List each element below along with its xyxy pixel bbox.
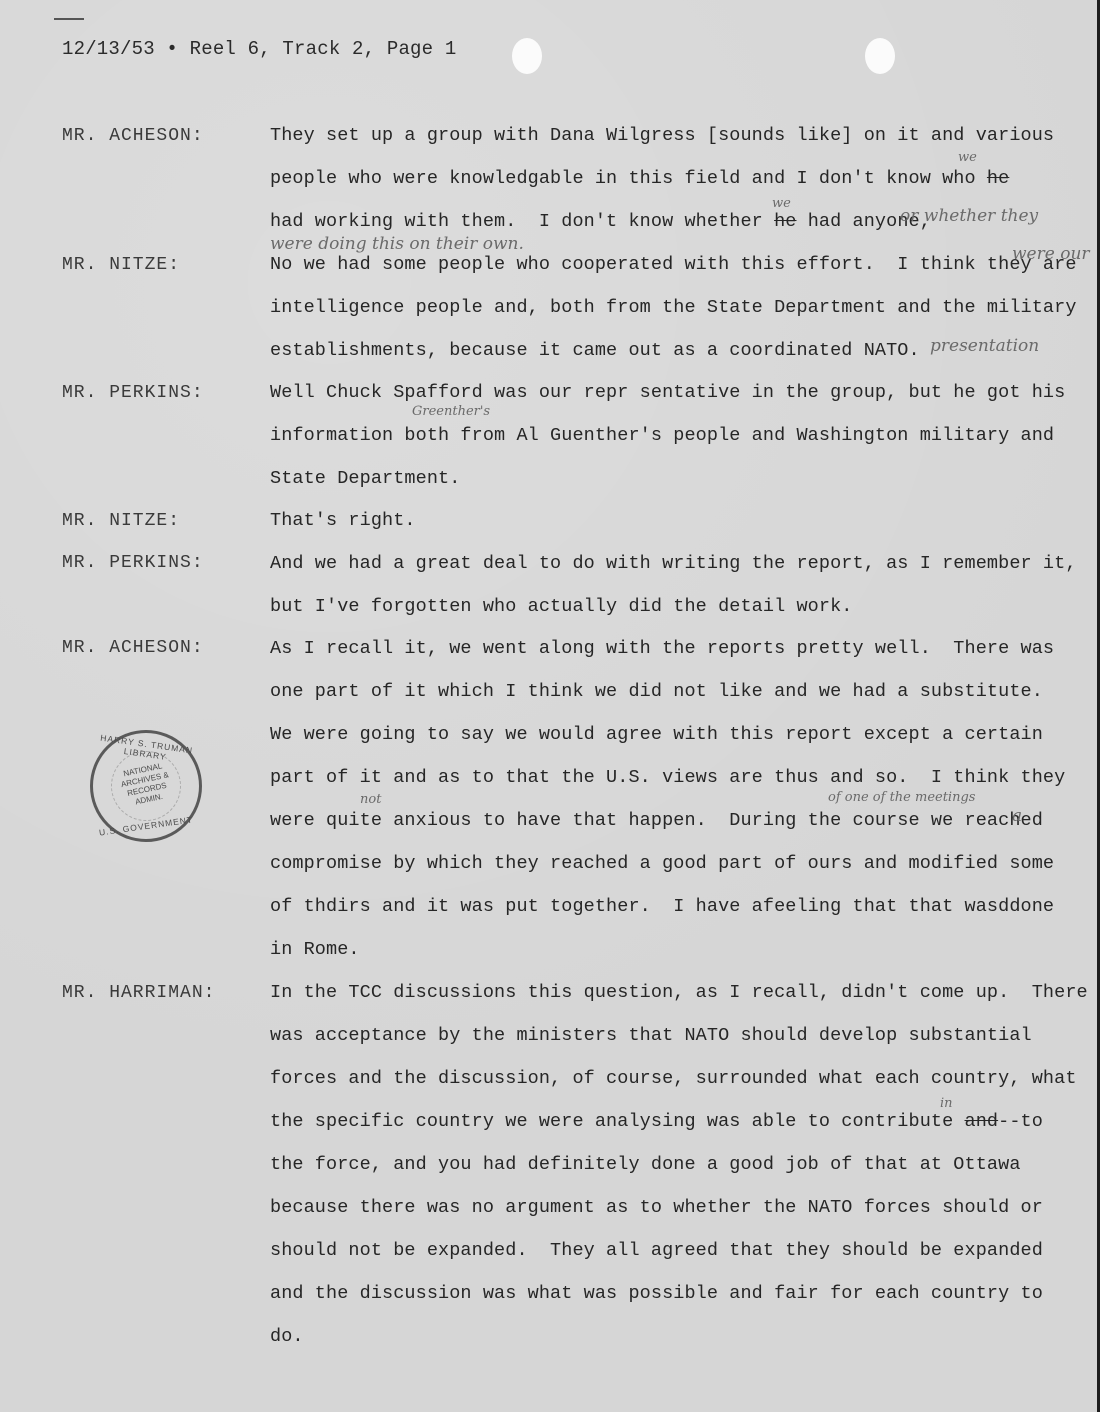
handwritten-note: not bbox=[360, 792, 381, 807]
transcript-line: They set up a group with Dana Wilgress [… bbox=[270, 125, 1054, 146]
transcript-line: In the TCC discussions this question, as… bbox=[270, 982, 1088, 1003]
transcript-line: And we had a great deal to do with writi… bbox=[270, 553, 1077, 574]
transcript-line: the force, and you had definitely done a… bbox=[270, 1154, 1021, 1175]
speaker-label: MR. HARRIMAN: bbox=[62, 983, 215, 1003]
transcript-line: As I recall it, we went along with the r… bbox=[270, 638, 1054, 659]
transcript-line: That's right. bbox=[270, 510, 416, 531]
punch-hole-left bbox=[512, 38, 542, 74]
transcript-line: part of it and as to that the U.S. views… bbox=[270, 767, 1065, 788]
transcript-line: had working with them. I don't know whet… bbox=[270, 211, 931, 232]
struck-word: he bbox=[774, 211, 796, 232]
archive-stamp: HARRY S. TRUMAN LIBRARY NATIONAL ARCHIVE… bbox=[90, 730, 202, 842]
speaker-label: MR. NITZE: bbox=[62, 255, 180, 275]
transcript-line: do. bbox=[270, 1326, 304, 1347]
transcript-line: the specific country we were analysing w… bbox=[270, 1111, 1043, 1132]
transcript-line: were quite anxious to have that happen. … bbox=[270, 810, 1043, 831]
transcript-line: because there was no argument as to whet… bbox=[270, 1197, 1043, 1218]
document-page: 12/13/53 • Reel 6, Track 2, Page 1 MR. A… bbox=[0, 0, 1100, 1412]
speaker-label: MR. NITZE: bbox=[62, 511, 180, 531]
transcript-line: Well Chuck Spafford was our repr sentati… bbox=[270, 382, 1065, 403]
transcript-line: intelligence people and, both from the S… bbox=[270, 297, 1077, 318]
transcript-line: of thdirs and it was put together. I hav… bbox=[270, 896, 1054, 917]
handwritten-note: were doing this on their own. bbox=[270, 234, 524, 254]
transcript-line: compromise by which they reached a good … bbox=[270, 853, 1054, 874]
header-mark bbox=[54, 18, 84, 20]
transcript-line: should not be expanded. They all agreed … bbox=[270, 1240, 1043, 1261]
transcript-line: but I've forgotten who actually did the … bbox=[270, 596, 853, 617]
speaker-label: MR. PERKINS: bbox=[62, 553, 204, 573]
handwritten-note: or whether they bbox=[900, 206, 1038, 226]
struck-word: and bbox=[965, 1111, 999, 1132]
transcript-line: people who were knowledgable in this fie… bbox=[270, 168, 1009, 189]
transcript-line: forces and the discussion, of course, su… bbox=[270, 1068, 1077, 1089]
handwritten-note: we bbox=[772, 196, 791, 211]
transcript-line: was acceptance by the ministers that NAT… bbox=[270, 1025, 1032, 1046]
handwritten-note: a bbox=[1012, 806, 1022, 826]
speaker-label: MR. ACHESON: bbox=[62, 638, 204, 658]
transcript-line: establishments, because it came out as a… bbox=[270, 340, 920, 361]
handwritten-note: in bbox=[940, 1096, 953, 1111]
struck-word: he bbox=[987, 168, 1009, 189]
transcript-line: No we had some people who cooperated wit… bbox=[270, 254, 1077, 275]
handwritten-note: Greenther's bbox=[412, 404, 490, 419]
page-header: 12/13/53 • Reel 6, Track 2, Page 1 bbox=[62, 38, 456, 60]
handwritten-note: we bbox=[958, 150, 977, 165]
transcript-line: information both from Al Guenther's peop… bbox=[270, 425, 1054, 446]
handwritten-note: were our bbox=[1012, 244, 1090, 264]
handwritten-note: of one of the meetings bbox=[828, 790, 975, 805]
transcript-line: one part of it which I think we did not … bbox=[270, 681, 1043, 702]
transcript-line: and the discussion was what was possible… bbox=[270, 1283, 1043, 1304]
transcript-line: in Rome. bbox=[270, 939, 360, 960]
punch-hole-right bbox=[865, 38, 895, 74]
handwritten-note: presentation bbox=[930, 336, 1039, 356]
speaker-label: MR. PERKINS: bbox=[62, 383, 204, 403]
speaker-label: MR. ACHESON: bbox=[62, 126, 204, 146]
transcript-line: State Department. bbox=[270, 468, 460, 489]
transcript-line: We were going to say we would agree with… bbox=[270, 724, 1043, 745]
